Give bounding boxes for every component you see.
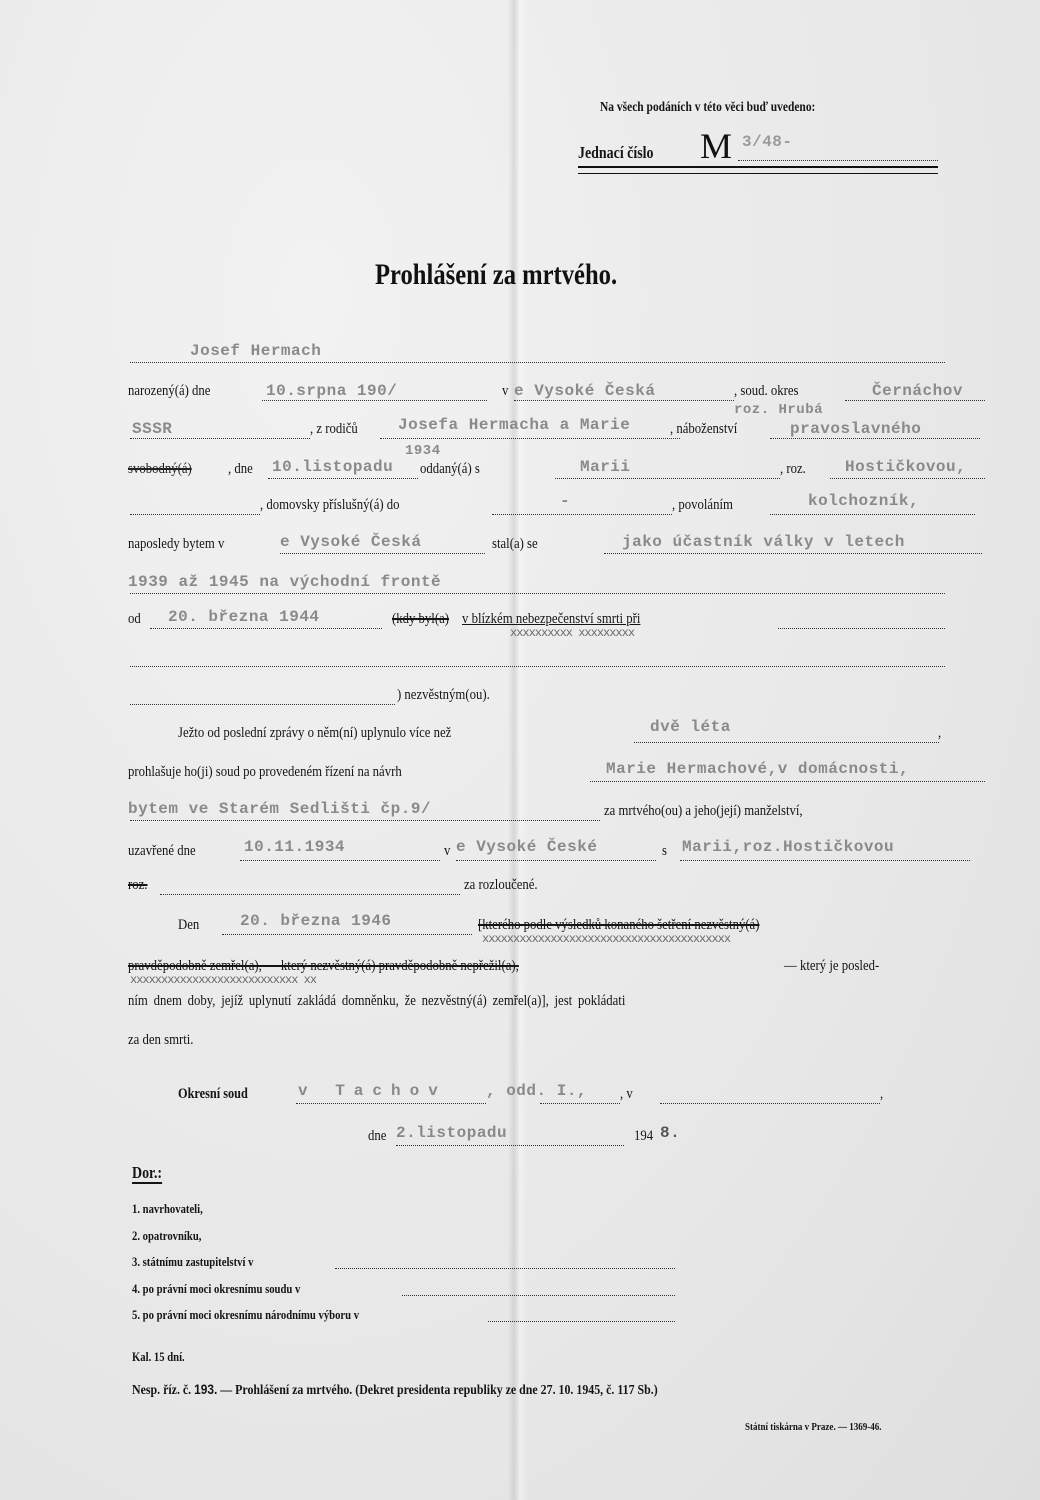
case-label: Jednací číslo bbox=[578, 143, 654, 163]
petitioner-1: Marie Hermachové,v domácnosti, bbox=[606, 760, 909, 778]
delivery-item-1: 1. navrhovateli, bbox=[132, 1201, 203, 1217]
danger-dotline bbox=[778, 628, 945, 629]
court-comma: , bbox=[880, 1086, 883, 1103]
page-title: Prohlášení za mrtvého. bbox=[375, 258, 617, 292]
delivery-item-2: 2. opatrovníku, bbox=[132, 1228, 201, 1244]
court-dept-dotline bbox=[540, 1103, 620, 1104]
delivery-4-dotline bbox=[402, 1295, 675, 1296]
day-dotline bbox=[222, 934, 472, 935]
danger-xx: xxxxxxxxxx xxxxxxxxx bbox=[510, 626, 634, 640]
since-dotline bbox=[634, 742, 939, 743]
court-date-label: dne bbox=[368, 1128, 386, 1145]
religion-label: , náboženství bbox=[670, 421, 737, 438]
header-rule bbox=[578, 166, 938, 174]
court-sep: , v bbox=[620, 1086, 633, 1103]
delivery-3-dotline bbox=[335, 1268, 675, 1269]
case-prefix: M bbox=[700, 125, 732, 167]
became-dotline bbox=[604, 553, 982, 554]
married-date-label: , dne bbox=[228, 461, 253, 478]
parents: Josefa Hermacha a Marie bbox=[398, 416, 630, 434]
born-label: narozený(á) dne bbox=[128, 383, 210, 400]
clause-4: za den smrti. bbox=[128, 1032, 194, 1049]
header-note: Na všech podáních v této věci buď uveden… bbox=[600, 100, 815, 116]
domicile: - bbox=[560, 492, 570, 510]
birth-place-dotline bbox=[514, 400, 734, 401]
birth-place: e Vysoké Česká bbox=[514, 382, 655, 400]
delivery-item-4: 4. po právní moci okresnímu soudu v bbox=[132, 1281, 300, 1297]
since-value: dvě léta bbox=[650, 718, 731, 736]
roz-struck: roz. bbox=[128, 877, 147, 894]
year-prefix: 194 bbox=[634, 1128, 653, 1145]
country-dotline bbox=[130, 438, 310, 439]
declares-label: prohlašuje ho(ji) soud po provedeném říz… bbox=[128, 764, 402, 781]
in-label: v bbox=[502, 383, 508, 400]
became-2-dotline bbox=[130, 593, 945, 594]
domicile-pre-dotline bbox=[130, 514, 260, 515]
occupation-label: , povoláním bbox=[672, 497, 733, 514]
married-year: 1934 bbox=[405, 443, 441, 459]
married-date-dotline bbox=[268, 478, 418, 479]
form-footer: Nesp. říz. č. 193. — Prohlášení za mrtvé… bbox=[132, 1381, 658, 1399]
married-label: oddaný(á) s bbox=[420, 461, 480, 478]
parents-dotline bbox=[380, 438, 680, 439]
mother-maiden: roz. Hrubá bbox=[734, 402, 823, 418]
missing-dotline bbox=[130, 704, 395, 705]
from-date: 20. března 1944 bbox=[168, 608, 320, 626]
with-value: Marii,roz.Hostičkovou bbox=[682, 838, 894, 856]
delivery-label: Dor.: bbox=[132, 1163, 162, 1183]
delivery-item-3: 3. státnímu zastupitelství v bbox=[132, 1254, 253, 1270]
spouse-maiden-dotline bbox=[830, 478, 985, 479]
religion-dotline bbox=[770, 438, 980, 439]
comma: , bbox=[938, 725, 941, 742]
clause-3: ním dnem doby, jejíž uplynutí zakládá do… bbox=[128, 993, 625, 1010]
maiden-label: , roz. bbox=[780, 461, 806, 478]
year-suffix: 8. bbox=[660, 1124, 680, 1142]
petitioner-2-dotline bbox=[130, 820, 600, 821]
delivery-5-dotline bbox=[488, 1321, 675, 1322]
court-label: Okresní soud bbox=[178, 1086, 248, 1103]
became-label: stal(a) se bbox=[492, 536, 538, 553]
divorced-label: za rozloučené. bbox=[464, 877, 538, 894]
form-number: 193. bbox=[194, 1381, 217, 1397]
domicile-label: , domovsky příslušný(á) do bbox=[260, 497, 400, 514]
from-dotline bbox=[150, 628, 382, 629]
case-dotline bbox=[738, 160, 938, 161]
day-label: Den bbox=[178, 917, 199, 934]
last-residence-label: naposledy bytem v bbox=[128, 536, 224, 553]
concluded-place-dotline bbox=[456, 860, 656, 861]
district: Černáchov bbox=[872, 382, 963, 400]
case-number: 3/48- bbox=[742, 133, 793, 151]
occupation-dotline bbox=[770, 514, 975, 515]
form-text: — Prohlášení za mrtvého. (Dekret preside… bbox=[220, 1383, 657, 1398]
deadline: Kal. 15 dní. bbox=[132, 1349, 185, 1365]
concluded-date: 10.11.1934 bbox=[244, 838, 345, 856]
country: SSSR bbox=[132, 420, 172, 438]
document-paper bbox=[0, 0, 1040, 1500]
concluded-date-dotline bbox=[240, 860, 440, 861]
last-residence-dotline bbox=[280, 553, 485, 554]
married-date: 10.listopadu bbox=[272, 458, 393, 476]
with-label: s bbox=[662, 843, 667, 860]
blank-dotline bbox=[130, 666, 945, 667]
delivery-item-5: 5. po právní moci okresnímu národnímu vý… bbox=[132, 1307, 359, 1323]
printer: Státní tiskárna v Praze. — 1369-46. bbox=[745, 1421, 882, 1433]
court-dept: , odd. I., bbox=[486, 1082, 587, 1100]
with-dotline bbox=[680, 860, 970, 861]
marital-struck: svobodný(á) bbox=[128, 461, 192, 478]
birth-date-dotline bbox=[262, 400, 487, 401]
petitioner-2: bytem ve Starém Sedlišti čp.9/ bbox=[128, 800, 431, 818]
concluded-place: e Vysoké České bbox=[456, 838, 597, 856]
from-label: od bbox=[128, 611, 141, 628]
spouse-dotline bbox=[555, 478, 780, 479]
roz-dotline bbox=[160, 894, 460, 895]
clause-xx-1: xxxxxxxxxxxxxxxxxxxxxxxxxxxxxxxxxxxxxxxx bbox=[482, 932, 730, 946]
domicile-dotline bbox=[492, 514, 672, 515]
since-label: Ježto od poslední zprávy o něm(ní) uplyn… bbox=[178, 725, 451, 742]
religion: pravoslavného bbox=[790, 420, 921, 438]
court-date: 2.listopadu bbox=[396, 1124, 507, 1142]
birth-date: 10.srpna 190/ bbox=[266, 382, 397, 400]
court-name-dotline bbox=[296, 1103, 486, 1104]
name-dotline bbox=[130, 362, 945, 363]
last-residence: e Vysoké Česká bbox=[280, 533, 421, 551]
concluded-label: uzavřené dne bbox=[128, 843, 196, 860]
court-place-dotline bbox=[660, 1103, 880, 1104]
missing-label: ) nezvěstným(ou). bbox=[397, 687, 490, 704]
court-date-dotline bbox=[396, 1145, 624, 1146]
day-value: 20. března 1946 bbox=[240, 912, 392, 930]
parents-label: , z rodičů bbox=[310, 421, 358, 438]
occupation: kolchozník, bbox=[808, 492, 919, 510]
district-label: , soud. okres bbox=[734, 383, 798, 400]
court-name: v Tachov bbox=[298, 1082, 447, 1100]
concluded-in-label: v bbox=[444, 843, 450, 860]
became-2: 1939 až 1945 na východní frontě bbox=[128, 573, 441, 591]
district-dotline bbox=[845, 400, 985, 401]
petitioner-dotline bbox=[590, 781, 985, 782]
spouse: Marii bbox=[580, 458, 631, 476]
clause-xx-2: xxxxxxxxxxxxxxxxxxxxxxxxxxx xx bbox=[130, 973, 316, 987]
dead-label: za mrtvého(ou) a jeho(její) manželství, bbox=[604, 803, 803, 820]
danger-struck: (kdy byl(a) bbox=[392, 611, 449, 628]
person-name: Josef Hermach bbox=[190, 342, 321, 360]
clause-tail: — který je posled- bbox=[784, 958, 879, 975]
form-prefix: Nesp. říz. č. bbox=[132, 1383, 191, 1398]
became-1: jako účastník války v letech bbox=[622, 533, 905, 551]
spouse-maiden: Hostičkovou, bbox=[845, 458, 966, 476]
